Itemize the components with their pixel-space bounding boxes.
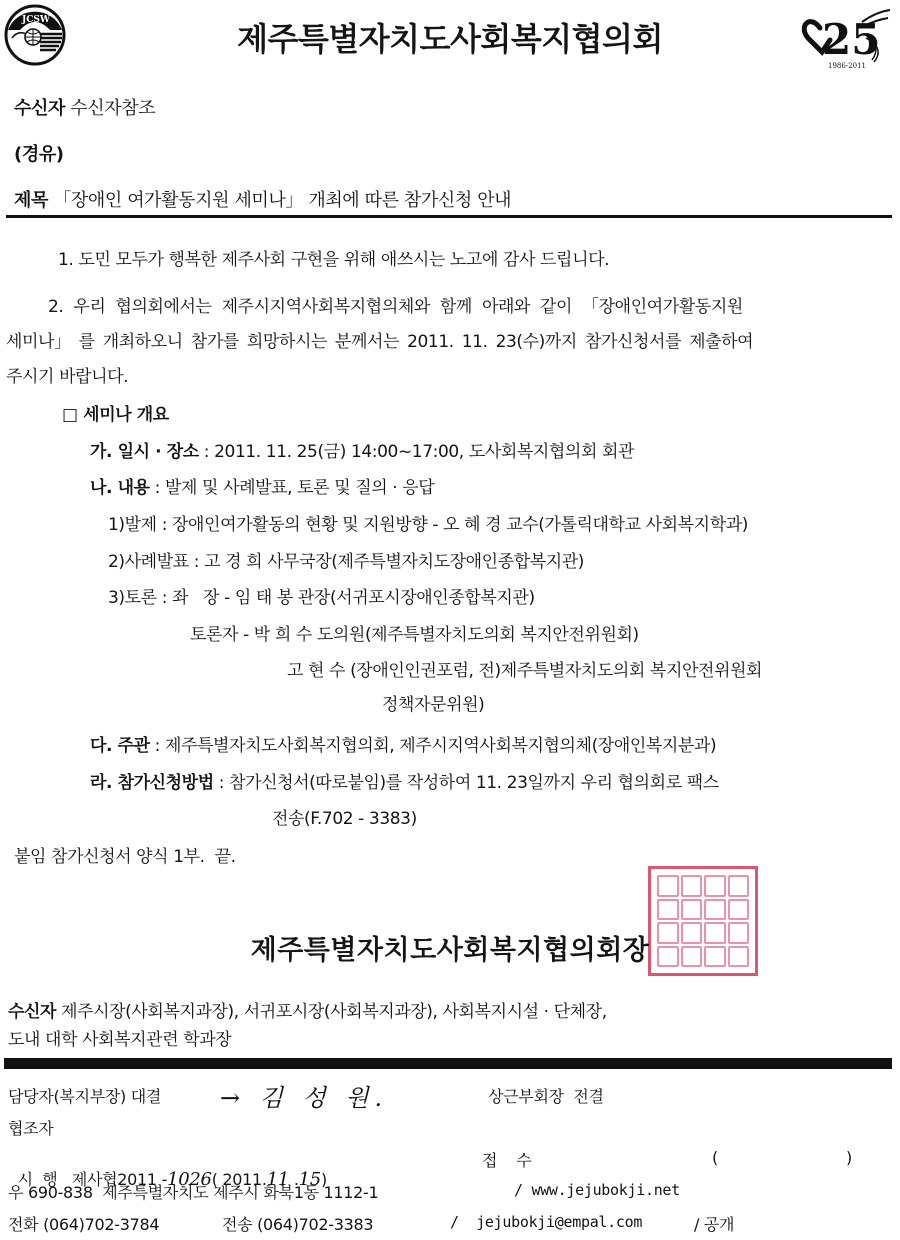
item-da-value: : 제주특별자치도사회복지협의회, 제주시지역사회복지협의체(장애인복지분과) — [150, 736, 717, 756]
item-ga-value: : 2011. 11. 25(금) 14:00~17:00, 도사회복지협의회 … — [199, 442, 634, 462]
discussion-panelist-2: 고 현 수 (장애인인권포럼, 전)제주특별자치도의회 복지안전위원회 — [287, 656, 762, 681]
item-da-label: 다. 주관 — [90, 736, 150, 756]
recipients-line-2: 도내 대학 사회복지관련 학과장 — [8, 1025, 231, 1050]
item-ra-application: 라. 참가신청방법 : 참가신청서(따로붙임)를 작성하여 11. 23일까지 … — [90, 768, 719, 793]
discussion-panelist-2-cont: 정책자문위원) — [382, 690, 484, 715]
via-label: (경유) — [14, 140, 64, 166]
subject-line: 제목 「장애인 여가활동지원 세미나」 개최에 따른 참가신청 안내 — [14, 186, 511, 212]
recipient-line: 수신자 수신자참조 — [14, 94, 155, 120]
signer-title: 제주특별자치도사회복지협의회장 — [0, 928, 900, 967]
recipients-value: 제주시장(사회복지과장), 서귀포시장(사회복지과장), 사회복지시설 · 단체… — [61, 1002, 607, 1022]
phone-number: 전화 (064)702-3784 — [8, 1212, 159, 1235]
email-link[interactable]: / jejubokji@empal.com — [450, 1213, 642, 1231]
item-ga-label: 가. 일시 · 장소 — [90, 442, 199, 462]
paragraph-1: 1. 도민 모두가 행복한 제주사회 구현을 위해 애쓰시는 노고에 감사 드립… — [58, 245, 609, 270]
seminar-overview-heading: □ 세미나 개요 — [62, 400, 169, 425]
anniversary-25-logo-icon: 25 1986-2011 — [800, 8, 895, 73]
paragraph-2-line-3: 주시기 바랍니다. — [6, 362, 128, 387]
sub-item-discussion: 3)토론 : 좌 장 - 임 태 봉 관장(서귀포시장애인종합복지관) — [108, 583, 535, 608]
item-ra-label: 라. 참가신청방법 — [90, 773, 214, 793]
approval-label: 담당자(복지부장) 대결 — [8, 1084, 161, 1107]
paragraph-2-line-2: 세미나」 를 개최하오니 참가를 희망하시는 분께서는 2011. 11. 23… — [6, 327, 753, 352]
header-divider — [6, 215, 892, 218]
item-na-content: 나. 내용 : 발제 및 사례발표, 토론 및 질의 · 응답 — [90, 473, 434, 498]
receipt-paren-close: ) — [846, 1148, 852, 1167]
item-da-organizer: 다. 주관 : 제주특별자치도사회복지협의회, 제주시지역사회복지협의체(장애인… — [90, 731, 716, 756]
disclosure-status: / 공개 — [694, 1212, 734, 1235]
approval-signature: → 김 성 원. — [220, 1078, 388, 1113]
footer-divider — [4, 1058, 892, 1069]
item-ra-fax: 전송(F.702 - 3383) — [272, 804, 417, 829]
subject-value: 「장애인 여가활동지원 세미나」 개최에 따른 참가신청 안내 — [53, 190, 511, 211]
item-ra-value: : 참가신청서(따로붙임)를 작성하여 11. 23일까지 우리 협의회로 팩스 — [214, 773, 719, 793]
recipients-line-1: 수신자 제주시장(사회복지과장), 서귀포시장(사회복지과장), 사회복지시설 … — [8, 997, 607, 1022]
cooperator-label: 협조자 — [8, 1116, 53, 1139]
sub-item-presentation: 1)발제 : 장애인여가활동의 현황 및 지원방향 - 오 혜 경 교수(가톨릭… — [108, 510, 748, 535]
receipt-paren-open: ( — [712, 1148, 718, 1167]
discussion-panelist-1: 토론자 - 박 희 수 도의원(제주특별자치도의회 복지안전위원회) — [190, 620, 639, 645]
fax-number: 전송 (064)702-3383 — [222, 1212, 373, 1235]
recipient-label: 수신자 — [14, 98, 65, 119]
organization-title: 제주특별자치도사회복지협의회 — [0, 14, 900, 60]
website-link[interactable]: / www.jejubokji.net — [514, 1181, 680, 1199]
item-na-label: 나. 내용 — [90, 478, 150, 498]
recipient-value: 수신자참조 — [70, 98, 155, 119]
postal-address: 우 690-838 제주특별자치도 제주시 화북1동 1112-1 — [8, 1180, 378, 1203]
attachment-note: 붙임 참가신청서 양식 1부. 끝. — [14, 842, 236, 867]
paragraph-2-line-1: 2. 우리 협의회에서는 제주시지역사회복지협의체와 함께 아래와 같이 「장애… — [48, 292, 743, 317]
receipt-label: 접 수 — [482, 1148, 531, 1171]
item-na-value: : 발제 및 사례발표, 토론 및 질의 · 응답 — [150, 478, 435, 498]
recipients-label: 수신자 — [8, 1002, 56, 1022]
sub-item-case-study: 2)사례발표 : 고 경 희 사무국장(제주특별자치도장애인종합복지관) — [108, 547, 584, 572]
svg-text:1986-2011: 1986-2011 — [828, 62, 866, 70]
subject-label: 제목 — [14, 190, 48, 211]
final-approval: 상근부회장 전결 — [488, 1084, 604, 1107]
item-ga-datetime-place: 가. 일시 · 장소 : 2011. 11. 25(금) 14:00~17:00… — [90, 437, 634, 462]
